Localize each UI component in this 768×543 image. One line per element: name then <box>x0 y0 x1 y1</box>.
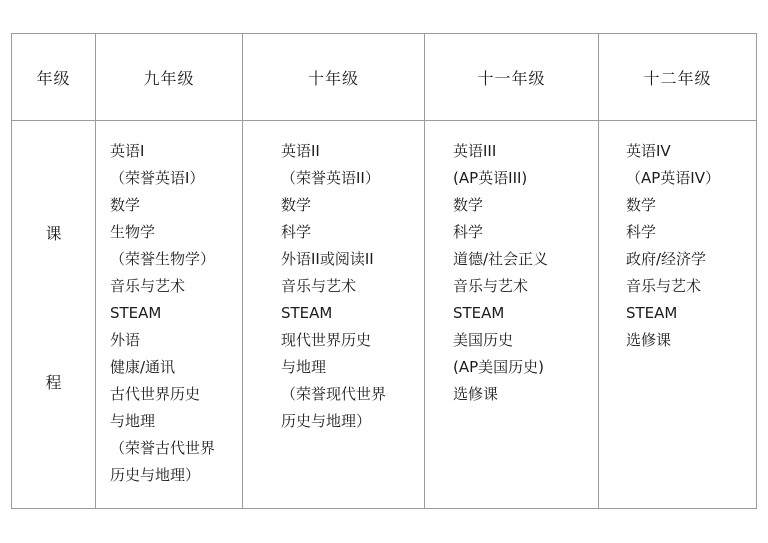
course-line: 英语II <box>281 138 424 165</box>
row-label-char-cheng: 程 <box>45 370 61 393</box>
courses-cell-grade11: 英语III(AP英语III)数学科学道德/社会正义音乐与艺术STEAM美国历史(… <box>425 121 599 509</box>
course-line: 与地理 <box>281 354 424 381</box>
courses-cell-grade12: 英语IV（AP英语IV）数学科学政府/经济学音乐与艺术STEAM选修课 <box>599 121 757 509</box>
course-line: （荣誉现代世界 <box>281 381 424 408</box>
course-list-grade11: 英语III(AP英语III)数学科学道德/社会正义音乐与艺术STEAM美国历史(… <box>425 121 598 408</box>
course-line: 英语I <box>110 138 242 165</box>
document-page: 年级 九年级 十年级 十一年级 十二年级 课 <box>0 0 768 543</box>
course-line: STEAM <box>626 300 756 327</box>
course-line: 科学 <box>453 219 598 246</box>
course-line: 历史与地理） <box>281 408 424 435</box>
course-line: 与地理 <box>110 408 242 435</box>
course-line: 音乐与艺术 <box>110 273 242 300</box>
header-cell-grade12: 十二年级 <box>599 34 757 121</box>
course-line: （荣誉英语I） <box>110 165 242 192</box>
course-line: 数学 <box>453 192 598 219</box>
course-line: 古代世界历史 <box>110 381 242 408</box>
grade-column-title: 年级 <box>36 69 70 88</box>
courses-row-label-cell: 课 程 <box>12 121 96 509</box>
course-line: 数学 <box>281 192 424 219</box>
course-line: 生物学 <box>110 219 242 246</box>
course-line: STEAM <box>281 300 424 327</box>
course-line: 英语III <box>453 138 598 165</box>
course-line: 历史与地理） <box>110 462 242 489</box>
header-cell-grade-label: 年级 <box>12 34 96 121</box>
course-list-grade12: 英语IV（AP英语IV）数学科学政府/经济学音乐与艺术STEAM选修课 <box>599 121 756 354</box>
table-header-row: 年级 九年级 十年级 十一年级 十二年级 <box>12 34 757 121</box>
course-line: （荣誉古代世界 <box>110 435 242 462</box>
course-line: 美国历史 <box>453 327 598 354</box>
course-line: 外语 <box>110 327 242 354</box>
courses-cell-grade10: 英语II（荣誉英语II）数学科学外语II或阅读II音乐与艺术STEAM现代世界历… <box>243 121 425 509</box>
course-list-grade10: 英语II（荣誉英语II）数学科学外语II或阅读II音乐与艺术STEAM现代世界历… <box>243 121 424 435</box>
course-line: (AP英语III) <box>453 165 598 192</box>
table-body-row: 课 程 英语I（荣誉英语I）数学生物学（荣誉生物学）音乐与艺术STEAM外语健康… <box>12 121 757 509</box>
course-line: 道德/社会正义 <box>453 246 598 273</box>
header-cell-grade9: 九年级 <box>96 34 243 121</box>
header-cell-grade11: 十一年级 <box>425 34 599 121</box>
course-line: 选修课 <box>626 327 756 354</box>
courses-row-label: 课 程 <box>12 113 95 500</box>
curriculum-table: 年级 九年级 十年级 十一年级 十二年级 课 <box>11 33 757 509</box>
grade11-title: 十一年级 <box>477 69 545 88</box>
course-line: 政府/经济学 <box>626 246 756 273</box>
course-line: 音乐与艺术 <box>281 273 424 300</box>
course-line: 音乐与艺术 <box>626 273 756 300</box>
course-line: 数学 <box>110 192 242 219</box>
course-line: (AP美国历史) <box>453 354 598 381</box>
course-line: （荣誉英语II） <box>281 165 424 192</box>
course-line: 英语IV <box>626 138 756 165</box>
grade9-title: 九年级 <box>143 69 194 88</box>
course-line: 音乐与艺术 <box>453 273 598 300</box>
grade10-title: 十年级 <box>308 69 359 88</box>
course-list-grade9: 英语I（荣誉英语I）数学生物学（荣誉生物学）音乐与艺术STEAM外语健康/通讯古… <box>96 121 242 489</box>
course-line: 科学 <box>626 219 756 246</box>
course-line: 外语II或阅读II <box>281 246 424 273</box>
courses-cell-grade9: 英语I（荣誉英语I）数学生物学（荣誉生物学）音乐与艺术STEAM外语健康/通讯古… <box>96 121 243 509</box>
course-line: 现代世界历史 <box>281 327 424 354</box>
course-line: 数学 <box>626 192 756 219</box>
course-line: 选修课 <box>453 381 598 408</box>
course-line: （AP英语IV） <box>626 165 756 192</box>
course-line: STEAM <box>110 300 242 327</box>
row-label-char-ke: 课 <box>45 221 61 244</box>
course-line: 健康/通讯 <box>110 354 242 381</box>
header-cell-grade10: 十年级 <box>243 34 425 121</box>
grade12-title: 十二年级 <box>643 69 711 88</box>
course-line: （荣誉生物学） <box>110 246 242 273</box>
course-line: 科学 <box>281 219 424 246</box>
course-line: STEAM <box>453 300 598 327</box>
